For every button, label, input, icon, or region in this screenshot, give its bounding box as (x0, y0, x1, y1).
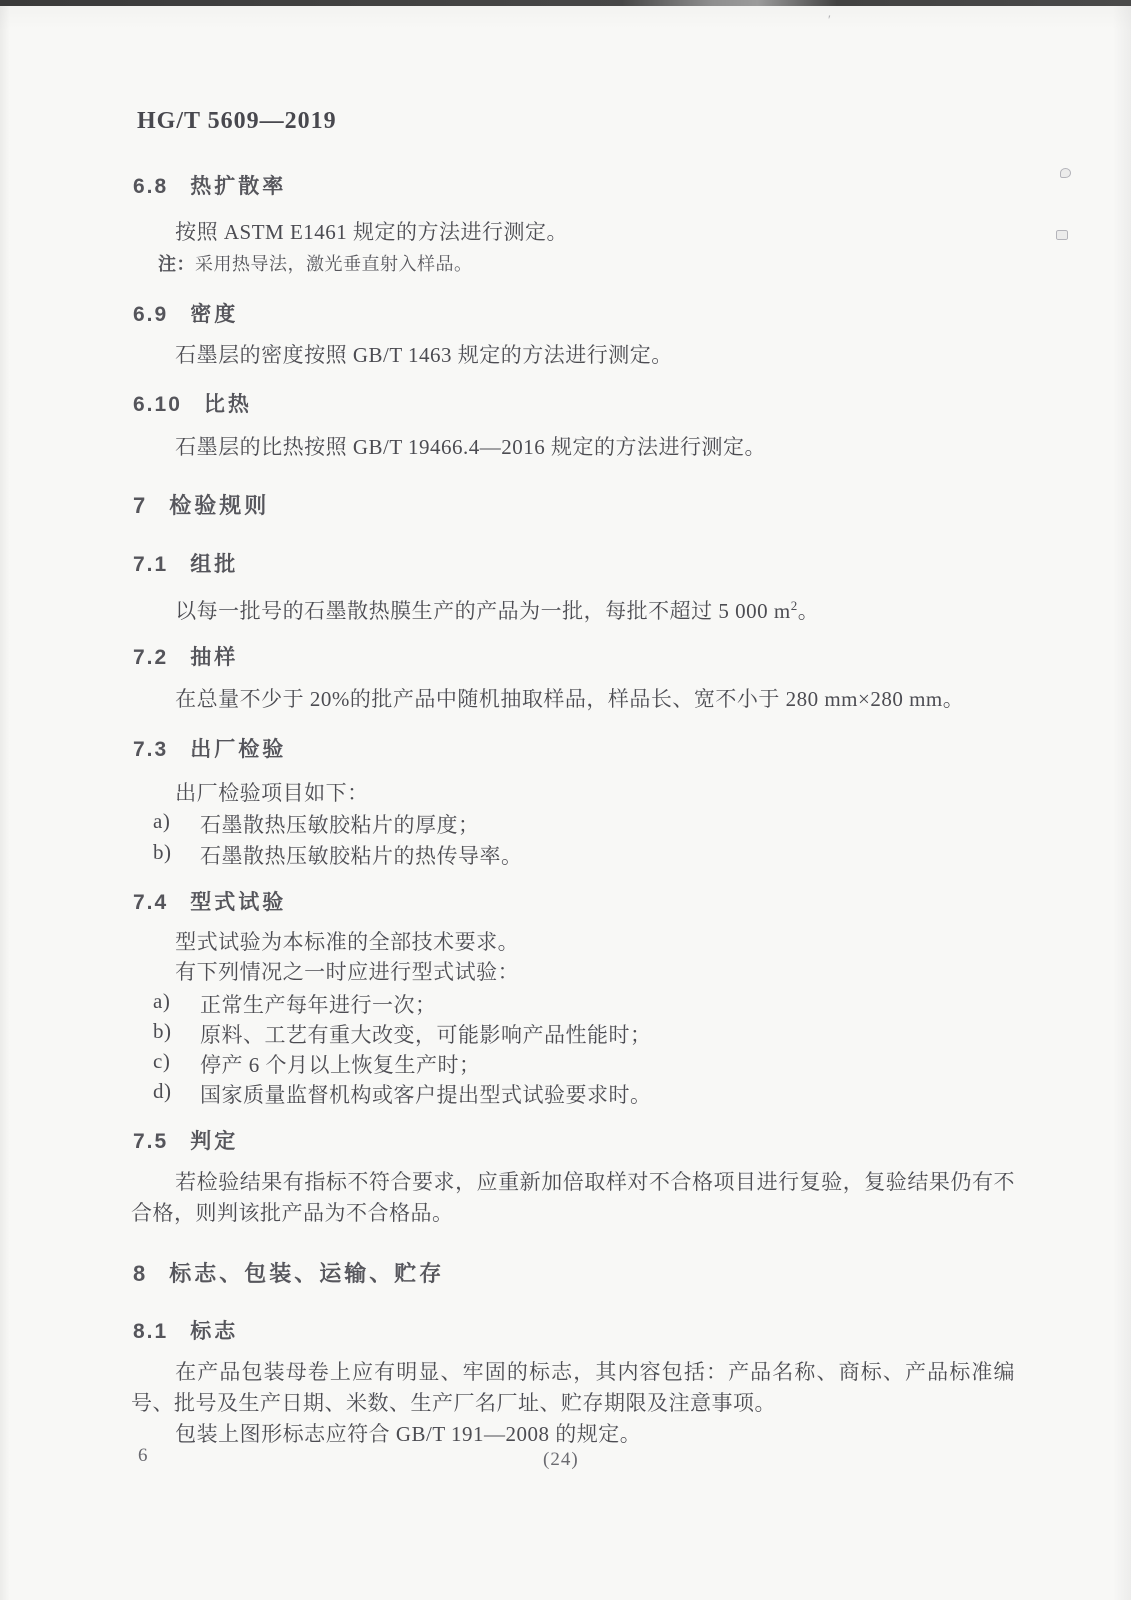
paragraph-text: 。 (798, 599, 820, 623)
list-item-label: b) (153, 840, 200, 870)
page-number-left: 6 (138, 1445, 149, 1467)
list-item-7-3-a: a)石墨散热压敏胶粘片的厚度； (153, 809, 480, 839)
heading-7-5: 7.5判定 (133, 1125, 238, 1155)
paragraph-7-4-1: 型式试验为本标准的全部技术要求。 (131, 927, 1015, 958)
superscript: 2 (791, 598, 798, 613)
list-item-text: 原料、工艺有重大改变，可能影响产品性能时； (200, 1019, 652, 1049)
list-item-label: c) (153, 1049, 200, 1079)
paragraph-7-4-2: 有下列情况之一时应进行型式试验： (131, 957, 1015, 988)
list-item-7-4-b: b)原料、工艺有重大改变，可能影响产品性能时； (153, 1019, 652, 1049)
note-text: 采用热导法，激光垂直射入样品。 (195, 254, 473, 274)
paragraph-7-1: 以每一批号的石墨散热膜生产的产品为一批，每批不超过 5 000 m2。 (131, 590, 1015, 627)
heading-7: 7检验规则 (133, 489, 269, 520)
heading-title: 抽样 (190, 646, 238, 669)
heading-7-1: 7.1组批 (133, 548, 238, 578)
heading-title: 出厂检验 (190, 738, 286, 761)
heading-7-3: 7.3出厂检验 (133, 733, 286, 763)
list-item-7-4-d: d)国家质量监督机构或客户提出型式试验要求时。 (153, 1079, 652, 1109)
list-item-text: 石墨散热压敏胶粘片的热传导率。 (200, 840, 523, 870)
paragraph-7-3-intro: 出厂检验项目如下： (131, 778, 1015, 809)
heading-title: 判定 (190, 1130, 238, 1153)
paragraph-6-10: 石墨层的比热按照 GB/T 19466.4—2016 规定的方法进行测定。 (131, 432, 1015, 463)
list-item-text: 正常生产每年进行一次； (200, 989, 437, 1019)
heading-number: 6.8 (133, 175, 168, 199)
heading-title: 检验规则 (169, 493, 269, 518)
standard-code-header: HG/T 5609—2019 (137, 108, 337, 135)
heading-number: 8.1 (133, 1320, 168, 1344)
heading-number: 7.2 (133, 646, 168, 670)
heading-8: 8标志、包装、运输、贮存 (133, 1257, 444, 1288)
heading-number: 7 (133, 493, 147, 519)
paragraph-6-8: 按照 ASTM E1461 规定的方法进行测定。 (131, 217, 1015, 248)
note-6-8: 注：采用热导法，激光垂直射入样品。 (158, 250, 473, 276)
scan-speck: ′ (828, 12, 831, 28)
heading-title: 热扩散率 (190, 175, 286, 198)
heading-number: 7.3 (133, 738, 168, 762)
heading-title: 组批 (190, 553, 238, 576)
list-item-7-4-c: c)停产 6 个月以上恢复生产时； (153, 1049, 481, 1079)
heading-number: 6.10 (133, 393, 182, 417)
heading-title: 型式试验 (190, 891, 286, 914)
heading-title: 标志 (190, 1320, 238, 1343)
paragraph-text: 以每一批号的石墨散热膜生产的产品为一批，每批不超过 5 000 m (175, 599, 791, 623)
list-item-7-3-b: b)石墨散热压敏胶粘片的热传导率。 (153, 840, 523, 870)
heading-title: 标志、包装、运输、贮存 (169, 1261, 444, 1286)
heading-7-2: 7.2抽样 (133, 641, 238, 671)
list-item-text: 停产 6 个月以上恢复生产时； (200, 1049, 481, 1079)
list-item-label: b) (153, 1019, 200, 1049)
note-label: 注： (158, 254, 195, 274)
scan-edge-strip (0, 0, 1131, 6)
paragraph-6-9: 石墨层的密度按照 GB/T 1463 规定的方法进行测定。 (131, 340, 1015, 371)
list-item-text: 石墨散热压敏胶粘片的厚度； (200, 809, 480, 839)
heading-number: 7.5 (133, 1130, 168, 1154)
heading-6-10: 6.10比热 (133, 388, 252, 418)
paragraph-7-5: 若检验结果有指标不符合要求，应重新加倍取样对不合格项目进行复验，复验结果仍有不合… (131, 1167, 1015, 1229)
paragraph-8-1-2: 包装上图形标志应符合 GB/T 191—2008 的规定。 (131, 1419, 1015, 1450)
list-item-label: a) (153, 989, 200, 1019)
scan-speck (1056, 230, 1068, 240)
list-item-label: a) (153, 809, 200, 839)
heading-number: 8 (133, 1261, 147, 1287)
heading-title: 比热 (204, 393, 252, 416)
paragraph-8-1-1: 在产品包装母卷上应有明显、牢固的标志，其内容包括：产品名称、商标、产品标准编号、… (131, 1357, 1015, 1419)
heading-number: 7.4 (133, 891, 168, 915)
list-item-label: d) (153, 1079, 200, 1109)
heading-number: 7.1 (133, 553, 168, 577)
list-item-text: 国家质量监督机构或客户提出型式试验要求时。 (200, 1079, 652, 1109)
heading-title: 密度 (190, 303, 238, 326)
heading-6-9: 6.9密度 (133, 298, 238, 328)
paragraph-7-2: 在总量不少于 20%的批产品中随机抽取样品，样品长、宽不小于 280 mm×28… (131, 684, 1015, 715)
scan-speck (1060, 168, 1071, 178)
heading-8-1: 8.1标志 (133, 1315, 238, 1345)
heading-7-4: 7.4型式试验 (133, 886, 286, 916)
heading-6-8: 6.8热扩散率 (133, 170, 286, 200)
scanned-document-page: ′ HG/T 5609—2019 6.8热扩散率 按照 ASTM E1461 规… (0, 0, 1131, 1600)
page-number-center: (24) (543, 1449, 579, 1471)
heading-number: 6.9 (133, 303, 168, 327)
list-item-7-4-a: a)正常生产每年进行一次； (153, 989, 437, 1019)
